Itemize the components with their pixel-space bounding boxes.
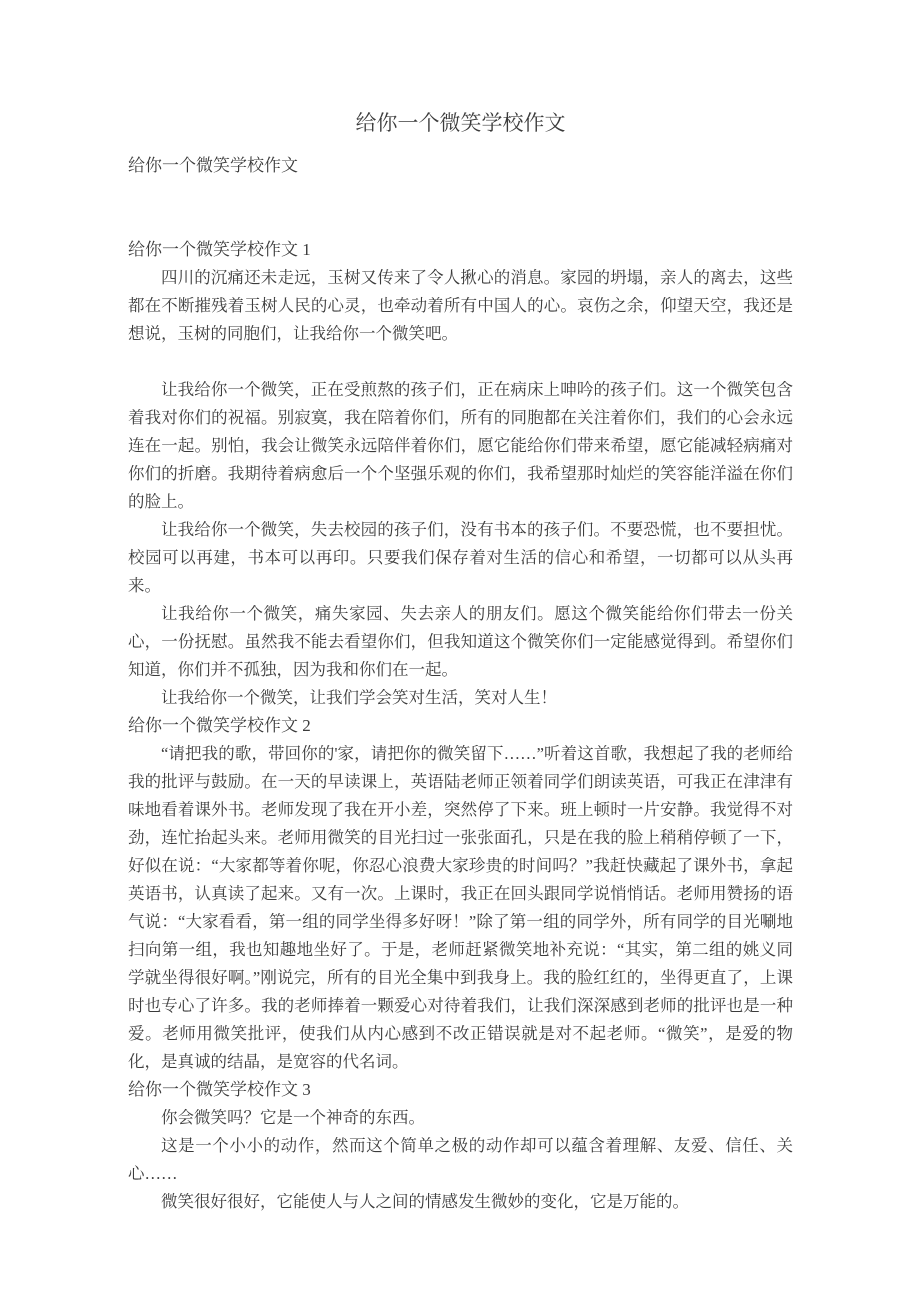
- section-1-heading: 给你一个微笑学校作文 1: [128, 236, 793, 264]
- section-1-paragraph-2: 让我给你一个微笑，正在受煎熬的孩子们，正在病床上呻吟的孩子们。这一个微笑包含着我…: [128, 376, 793, 516]
- section-3-paragraph-3: 微笑很好很好，它能使人与人之间的情感发生微妙的变化，它是万能的。: [128, 1188, 793, 1216]
- section-3-paragraph-2: 这是一个小小的动作，然而这个简单之极的动作却可以蕴含着理解、友爱、信任、关心……: [128, 1132, 793, 1188]
- section-3-heading: 给你一个微笑学校作文 3: [128, 1076, 793, 1104]
- section-1-paragraph-1: 四川的沉痛还未走远，玉树又传来了令人揪心的消息。家园的坍塌，亲人的离去，这些都在…: [128, 264, 793, 348]
- section-2-paragraph-1: “请把我的歌，带回你的'家，请把你的微笑留下……”听着这首歌，我想起了我的老师给…: [128, 740, 793, 1076]
- document-page: 给你一个微笑学校作文 给你一个微笑学校作文 给你一个微笑学校作文 1 四川的沉痛…: [0, 0, 920, 1302]
- section-1-paragraph-3: 让我给你一个微笑，失去校园的孩子们，没有书本的孩子们。不要恐慌，也不要担忧。校园…: [128, 516, 793, 600]
- section-3-paragraph-1: 你会微笑吗？它是一个神奇的东西。: [128, 1104, 793, 1132]
- document-content: 给你一个微笑学校作文 给你一个微笑学校作文 给你一个微笑学校作文 1 四川的沉痛…: [0, 0, 920, 1216]
- section-2-heading: 给你一个微笑学校作文 2: [128, 712, 793, 740]
- section-1-paragraph-4: 让我给你一个微笑，痛失家园、失去亲人的朋友们。愿这个微笑能给你们带去一份关心，一…: [128, 600, 793, 684]
- document-title: 给你一个微笑学校作文: [128, 108, 793, 138]
- document-subtitle: 给你一个微笑学校作文: [128, 152, 793, 180]
- section-1-paragraph-5: 让我给你一个微笑，让我们学会笑对生活，笑对人生！: [128, 684, 793, 712]
